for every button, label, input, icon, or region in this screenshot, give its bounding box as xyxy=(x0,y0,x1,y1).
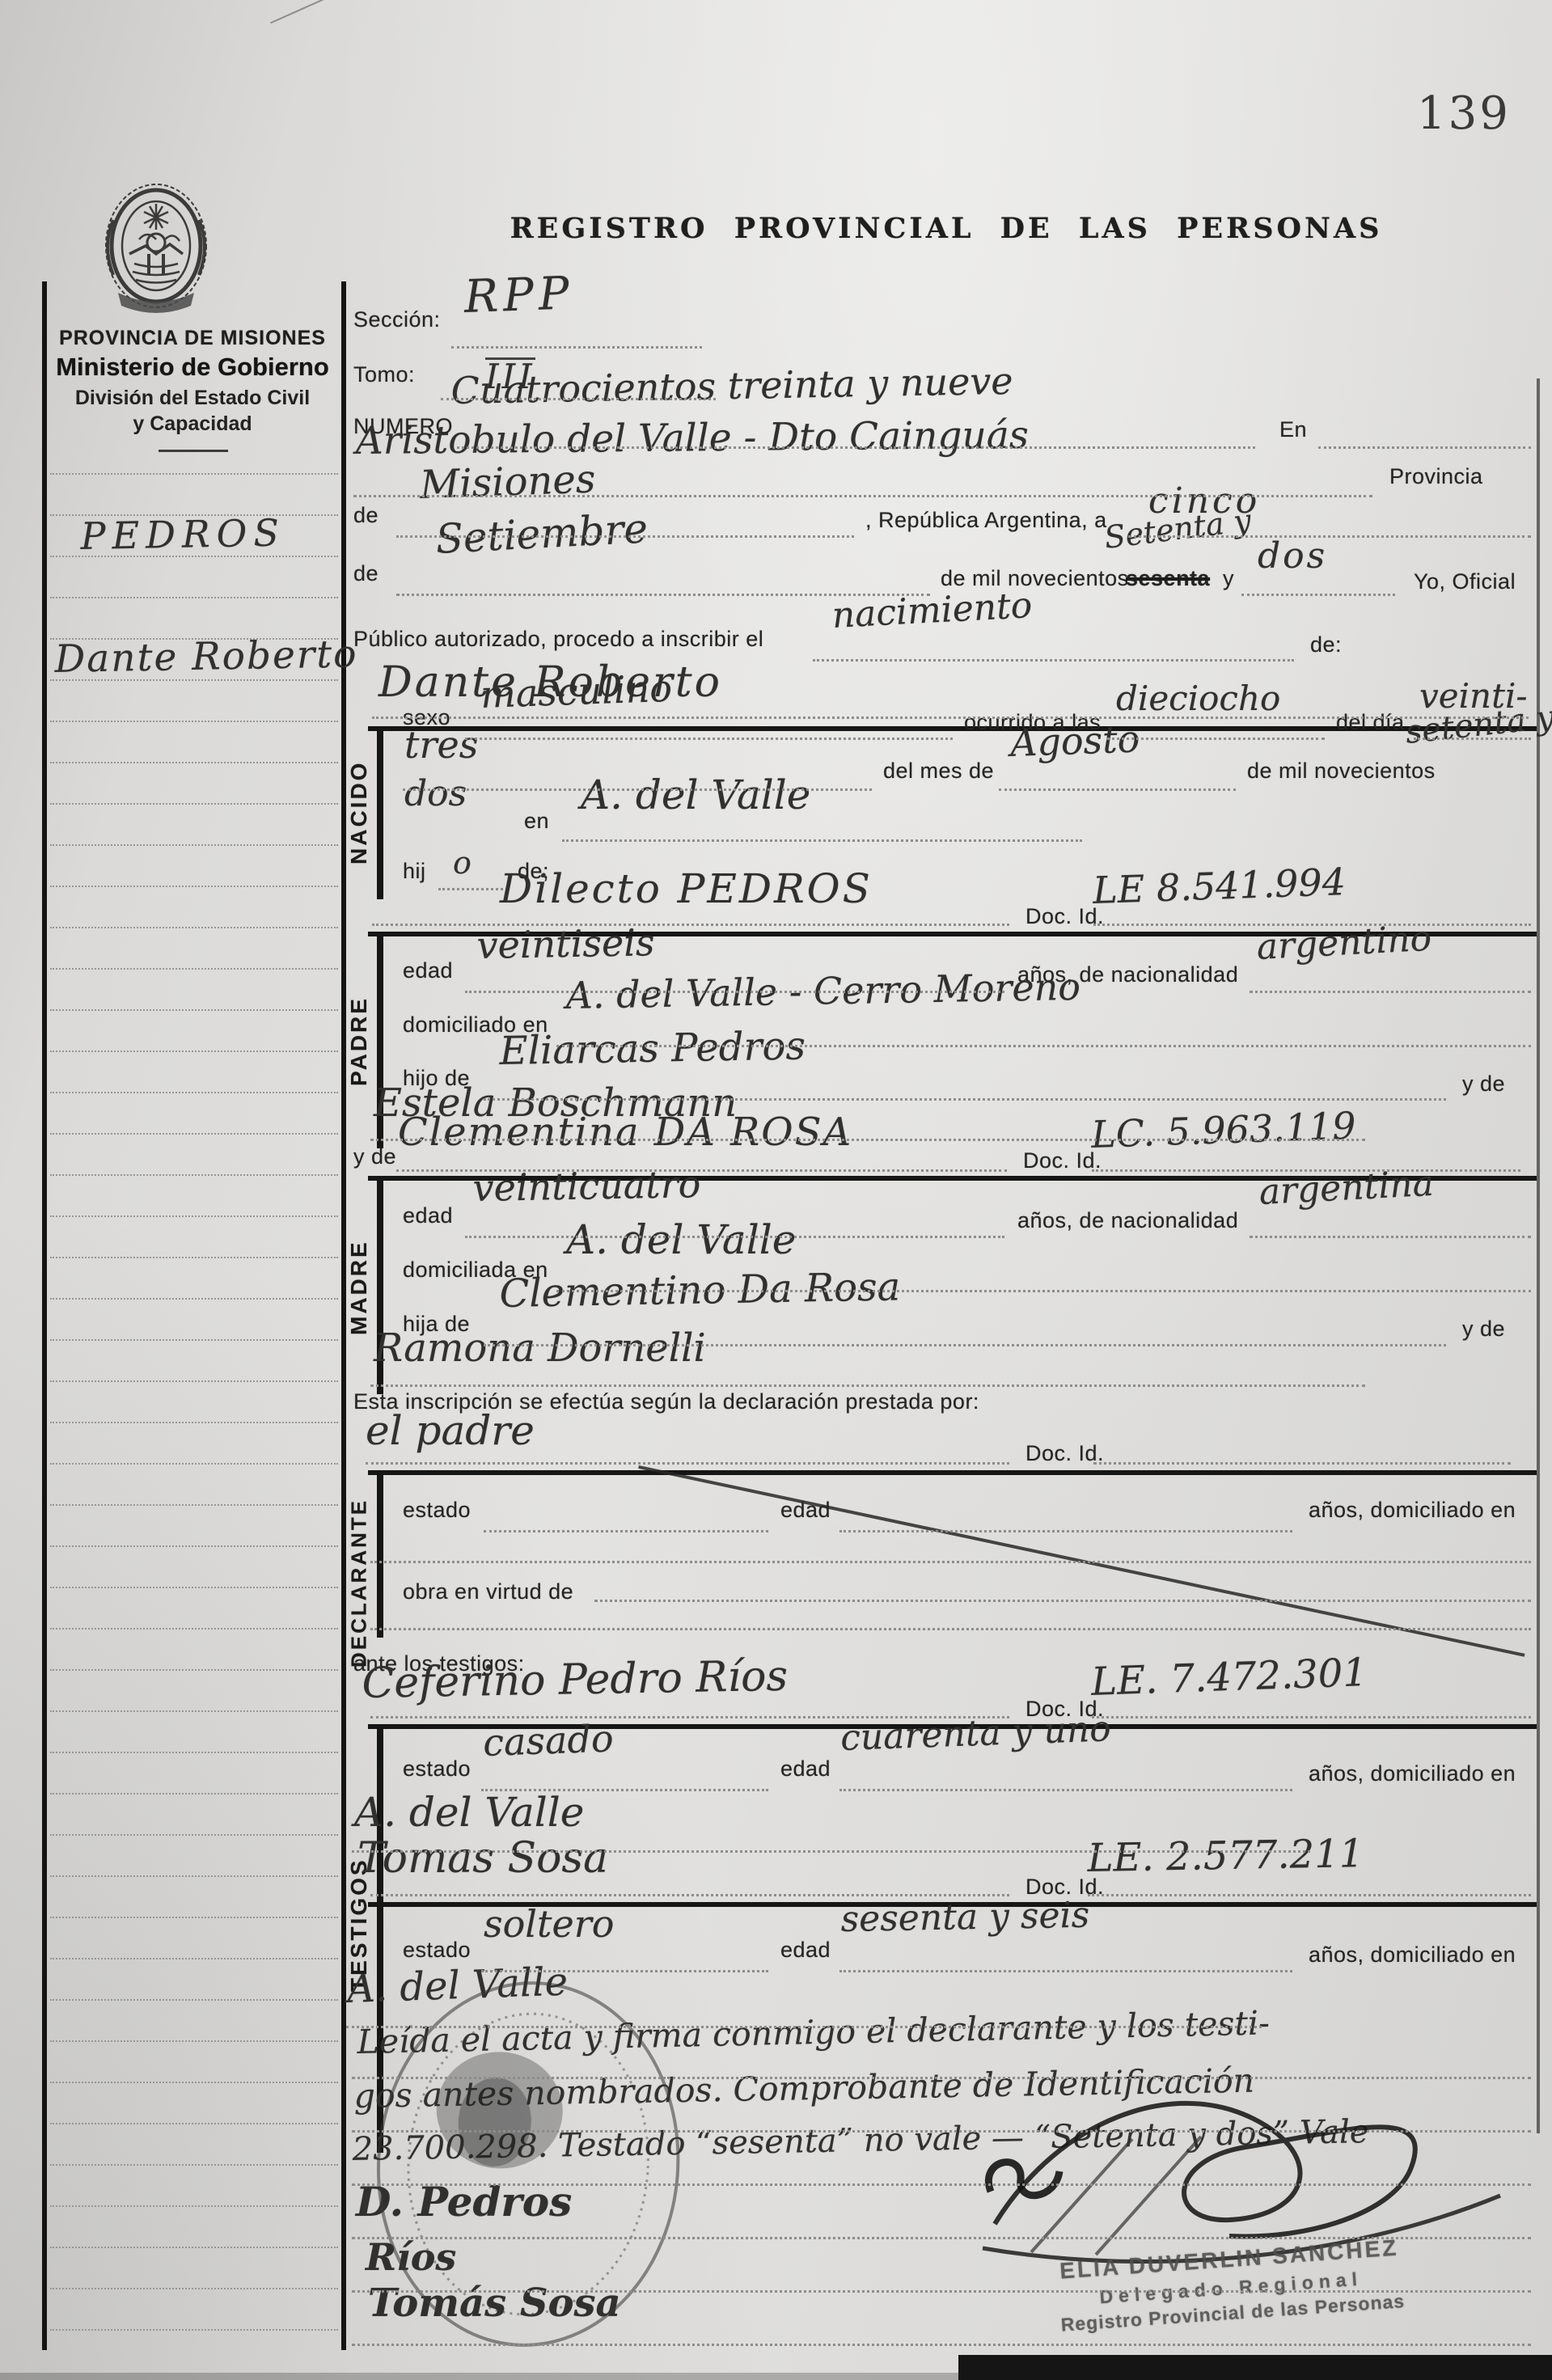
form-fill-line xyxy=(352,1850,1310,1853)
section-label-nacido: NACIDO xyxy=(343,728,375,898)
witness2-estado-value: soltero xyxy=(484,1905,614,1942)
form-fill-line xyxy=(396,1169,1007,1172)
form-fill-line xyxy=(372,924,1009,926)
form-fill-line xyxy=(1128,535,1531,538)
form-fill-line xyxy=(352,2077,1531,2079)
form-fill-line xyxy=(556,1045,1531,1047)
margin-ruled-line xyxy=(50,762,338,763)
margin-ruled-line xyxy=(50,1257,338,1258)
margin-ruled-line xyxy=(50,803,338,805)
form-fill-line xyxy=(370,1628,1531,1630)
margin-ruled-line xyxy=(50,1298,338,1300)
father-y-de-label: y de xyxy=(1462,1072,1505,1097)
form-fill-line xyxy=(1250,991,1531,993)
mother-name: Clementina DA ROSA xyxy=(398,1113,852,1152)
margin-ruled-line xyxy=(50,1752,338,1753)
margin-ruled-line xyxy=(50,721,338,722)
form-fill-line xyxy=(370,1139,1365,1141)
witness1-domicilio-value: A. del Valle xyxy=(354,1792,584,1833)
form-fill-line xyxy=(562,839,1082,842)
obra-label: obra en virtud de xyxy=(403,1579,573,1604)
margin-ruled-line xyxy=(50,1545,338,1547)
month-born-value: Agosto xyxy=(1009,720,1140,762)
sexo-value: masculino xyxy=(480,670,672,713)
form-fill-line xyxy=(396,535,854,538)
margin-ruled-line xyxy=(50,1958,338,1959)
form-fill-line xyxy=(1318,446,1531,449)
form-fill-line xyxy=(1088,1894,1531,1896)
en-label-nacido: en xyxy=(524,809,549,834)
margin-ruled-line xyxy=(50,1793,338,1795)
form-fill-line xyxy=(594,1600,1531,1602)
margin-ruled-line xyxy=(50,1587,338,1588)
margin-ruled-line xyxy=(50,1628,338,1630)
margin-ruled-line xyxy=(50,1875,338,1877)
form-fill-line xyxy=(813,659,1294,662)
form-fill-line xyxy=(366,1462,1009,1465)
margin-ruled-line xyxy=(50,1009,338,1011)
form-fill-line xyxy=(484,1098,1446,1101)
margin-ruled-line xyxy=(50,2329,338,2331)
margin-ruled-line xyxy=(50,1463,338,1465)
form-fill-line xyxy=(457,446,1255,449)
form-fill-line xyxy=(352,2290,1531,2293)
mother-mother-value: Ramona Dornelli xyxy=(374,1329,706,1368)
mother-doc-label: Doc. Id. xyxy=(1023,1148,1102,1173)
margin-ruled-line xyxy=(50,1339,338,1341)
margin-ruled-line xyxy=(50,1133,338,1135)
witness2-name: Tomas Sosa xyxy=(357,1837,608,1879)
right-edge-rule xyxy=(1537,378,1540,2133)
form-fill-line xyxy=(1092,1716,1531,1718)
father-edad-label: edad xyxy=(403,958,453,983)
institution-division: División del Estado Civil xyxy=(47,387,338,410)
hij-fill-value: o xyxy=(453,848,472,878)
form-fill-line xyxy=(1092,1169,1520,1172)
father-edad-value: veintiseis xyxy=(476,924,655,964)
numero-value: Cuatrocientos treinta y nueve xyxy=(450,362,1013,409)
declarant-domicilio-label: años, domiciliado en xyxy=(1309,1498,1516,1523)
witness2-edad-value: sesenta y seis xyxy=(840,1898,1089,1938)
form-fill-line xyxy=(372,717,1529,719)
witness1-name: Ceferino Pedro Ríos xyxy=(362,1655,788,1705)
misiones-coat-of-arms xyxy=(95,180,217,329)
margin-ruled-line xyxy=(50,1669,338,1671)
mother-nacionalidad-label: años, de nacionalidad xyxy=(1017,1208,1238,1233)
margin-ruled-line xyxy=(50,556,338,557)
form-fill-line xyxy=(1250,1236,1531,1238)
father-nacionalidad-value: argentino xyxy=(1256,921,1432,966)
y-label: y xyxy=(1223,566,1234,591)
margin-ruled-line xyxy=(50,1504,338,1506)
form-fill-line xyxy=(1093,924,1531,926)
margin-ruled-line xyxy=(50,2040,338,2042)
page-number: 139 xyxy=(1417,87,1511,140)
margin-surname: PEDROS xyxy=(80,514,285,555)
form-fill-line xyxy=(484,1530,768,1532)
form-fill-line xyxy=(441,398,716,400)
form-fill-line xyxy=(1241,594,1395,596)
form-fill-line xyxy=(1106,738,1325,740)
margin-ruled-line xyxy=(50,679,338,681)
dia-label: del día xyxy=(1336,710,1405,735)
hij-label: hij xyxy=(403,859,426,884)
birth-certificate-scan: 139 REGISTRO PROVINCIAL DE LAS PERSONAS … xyxy=(0,0,1552,2380)
form-fill-line xyxy=(484,1344,1446,1346)
en-label: En xyxy=(1279,417,1307,442)
scan-bottom-shadow xyxy=(0,2373,958,2380)
margin-ruled-line xyxy=(50,2164,338,2166)
republica-label: , República Argentina, a xyxy=(865,508,1107,533)
institution-division-2: y Capacidad xyxy=(47,412,338,436)
margin-ruled-line xyxy=(50,1422,338,1423)
margin-ruled-line xyxy=(50,597,338,598)
birthplace-value: A. del Valle xyxy=(581,775,810,815)
declarant-value: el padre xyxy=(366,1410,535,1451)
witness1-doc-value: LE. 7.472.301 xyxy=(1090,1653,1368,1702)
form-fill-line xyxy=(481,1789,768,1791)
margin-ruled-line xyxy=(50,1917,338,1918)
corner-crease xyxy=(270,0,349,23)
form-fill-line xyxy=(353,495,1372,497)
margin-ruled-line xyxy=(50,2082,338,2083)
de-label-2: de xyxy=(353,561,378,586)
form-fill-line xyxy=(352,2237,1531,2239)
margin-ruled-line xyxy=(50,1215,338,1217)
form-fill-line xyxy=(396,594,930,596)
mother-nacionalidad-value: argentina xyxy=(1258,1166,1435,1211)
margin-ruled-line xyxy=(50,1050,338,1052)
provincia-value: Misiones xyxy=(419,459,596,505)
margin-ruled-line xyxy=(50,927,338,928)
mother-edad-label: edad xyxy=(403,1203,453,1228)
section-label-madre: MADRE xyxy=(343,1190,375,1384)
margin-ruled-line xyxy=(50,1999,338,2001)
margin-ruled-line xyxy=(50,2288,338,2289)
form-fill-line xyxy=(839,1789,1292,1791)
form-fill-line xyxy=(352,2344,1531,2346)
form-fill-line xyxy=(465,1236,1004,1238)
father-name: Dilecto PEDROS xyxy=(500,869,873,909)
witness2-doc-value: LE. 2.577.211 xyxy=(1087,1834,1364,1878)
margin-ruled-line xyxy=(50,2123,338,2124)
mother-domicilio-value: A. del Valle xyxy=(566,1220,796,1260)
form-fill-line xyxy=(370,1716,1009,1718)
margin-given-names: Dante Roberto xyxy=(54,635,358,678)
margin-ruled-line xyxy=(50,1092,338,1093)
margin-left-rule xyxy=(42,281,47,2350)
declarant-estado-label: estado xyxy=(403,1498,471,1523)
declarant-doc-label: Doc. Id. xyxy=(1026,1441,1104,1466)
institution-province: PROVINCIA DE MISIONES xyxy=(47,327,338,350)
scan-bottom-band xyxy=(958,2355,1552,2380)
form-fill-line xyxy=(352,2130,1531,2133)
publico-label: Público autorizado, procedo a inscribir … xyxy=(353,627,763,652)
form-fill-line xyxy=(1093,1462,1511,1465)
madre-y-de-label: y de xyxy=(353,1144,396,1169)
margin-ruled-line xyxy=(50,2205,338,2207)
margin-ruled-line xyxy=(50,844,338,846)
tomo-label: Tomo: xyxy=(353,362,415,387)
father-father-value: Eliarcas Pedros xyxy=(499,1026,806,1071)
year-value: dos xyxy=(1258,539,1327,574)
seccion-value: RPP xyxy=(463,271,574,320)
margin-ruled-line xyxy=(50,2247,338,2248)
witness2-estado-label: estado xyxy=(403,1938,471,1963)
witness2-edad-label: edad xyxy=(780,1938,831,1963)
witness2-domicilio-label: años, domiciliado en xyxy=(1309,1942,1516,1968)
form-fill-line xyxy=(438,888,503,890)
de-colon-label: de: xyxy=(1310,632,1342,657)
form-fill-line xyxy=(999,788,1236,791)
form-fill-line xyxy=(370,1384,1365,1387)
form-fill-line xyxy=(465,738,953,740)
margin-ruled-line xyxy=(50,1174,338,1176)
de-label-1: de xyxy=(353,503,378,528)
struck-year: sesenta xyxy=(1126,566,1210,591)
section-label-padre: PADRE xyxy=(343,945,375,1139)
form-fill-line xyxy=(839,1530,1292,1532)
margin-ruled-line xyxy=(50,1710,338,1712)
witness1-domicilio-label: años, domiciliado en xyxy=(1309,1761,1516,1786)
nacido-bar xyxy=(377,726,383,899)
mother-y-de2-label: y de xyxy=(1462,1317,1505,1342)
institution-underline xyxy=(159,450,228,452)
margin-ruled-line xyxy=(50,968,338,970)
declarante-top-rule xyxy=(368,1470,1537,1475)
margin-ruled-line xyxy=(50,514,338,516)
month-value: Setiembre xyxy=(434,508,649,560)
witness1-estado-value: casado xyxy=(482,1719,614,1761)
provincia-label: Provincia xyxy=(1389,464,1483,489)
form-fill-line xyxy=(1414,738,1531,740)
year-correction: Setenta y xyxy=(1102,505,1253,553)
form-fill-line xyxy=(465,991,1004,993)
round-office-stamp xyxy=(349,1964,707,2368)
mother-doc-value: LC. 5.963.119 xyxy=(1090,1107,1356,1153)
witness1-edad-label: edad xyxy=(780,1756,831,1782)
mil-label-nacido: de mil novecientos xyxy=(1247,759,1436,784)
form-fill-line xyxy=(370,1561,1531,1563)
margin-ruled-line xyxy=(50,473,338,475)
margin-ruled-line xyxy=(50,638,338,640)
declarante-bar xyxy=(377,1470,383,1638)
witness1-estado-label: estado xyxy=(403,1756,471,1782)
father-doc-value: LE 8.541.994 xyxy=(1092,863,1346,909)
margin-ruled-line xyxy=(50,1380,338,1382)
form-fill-line xyxy=(481,1970,768,1972)
form-fill-line xyxy=(839,1970,1292,1972)
form-fill-line xyxy=(403,788,872,791)
day-part2-value: tres xyxy=(404,726,478,763)
form-fill-line xyxy=(451,346,702,349)
margin-ruled-line xyxy=(50,886,338,887)
yo-oficial-label: Yo, Oficial xyxy=(1414,569,1516,594)
margin-ruled-line xyxy=(50,1834,338,1836)
seccion-label: Sección: xyxy=(353,307,441,332)
document-title: REGISTRO PROVINCIAL DE LAS PERSONAS xyxy=(510,212,1383,245)
form-fill-line xyxy=(556,1290,1531,1292)
form-fill-line xyxy=(352,2183,1531,2186)
form-fill-line xyxy=(346,2026,1262,2028)
form-fill-line xyxy=(370,1894,1009,1896)
hour-value: dieciocho xyxy=(1116,682,1280,716)
mes-label: del mes de xyxy=(883,759,994,784)
year-part2-value: dos xyxy=(404,776,467,812)
father-doc-label: Doc. Id. xyxy=(1026,904,1104,929)
place-value: Aristobulo del Valle - Dto Cainguás xyxy=(356,416,1030,460)
institution-ministry: Ministerio de Gobierno xyxy=(47,353,338,382)
